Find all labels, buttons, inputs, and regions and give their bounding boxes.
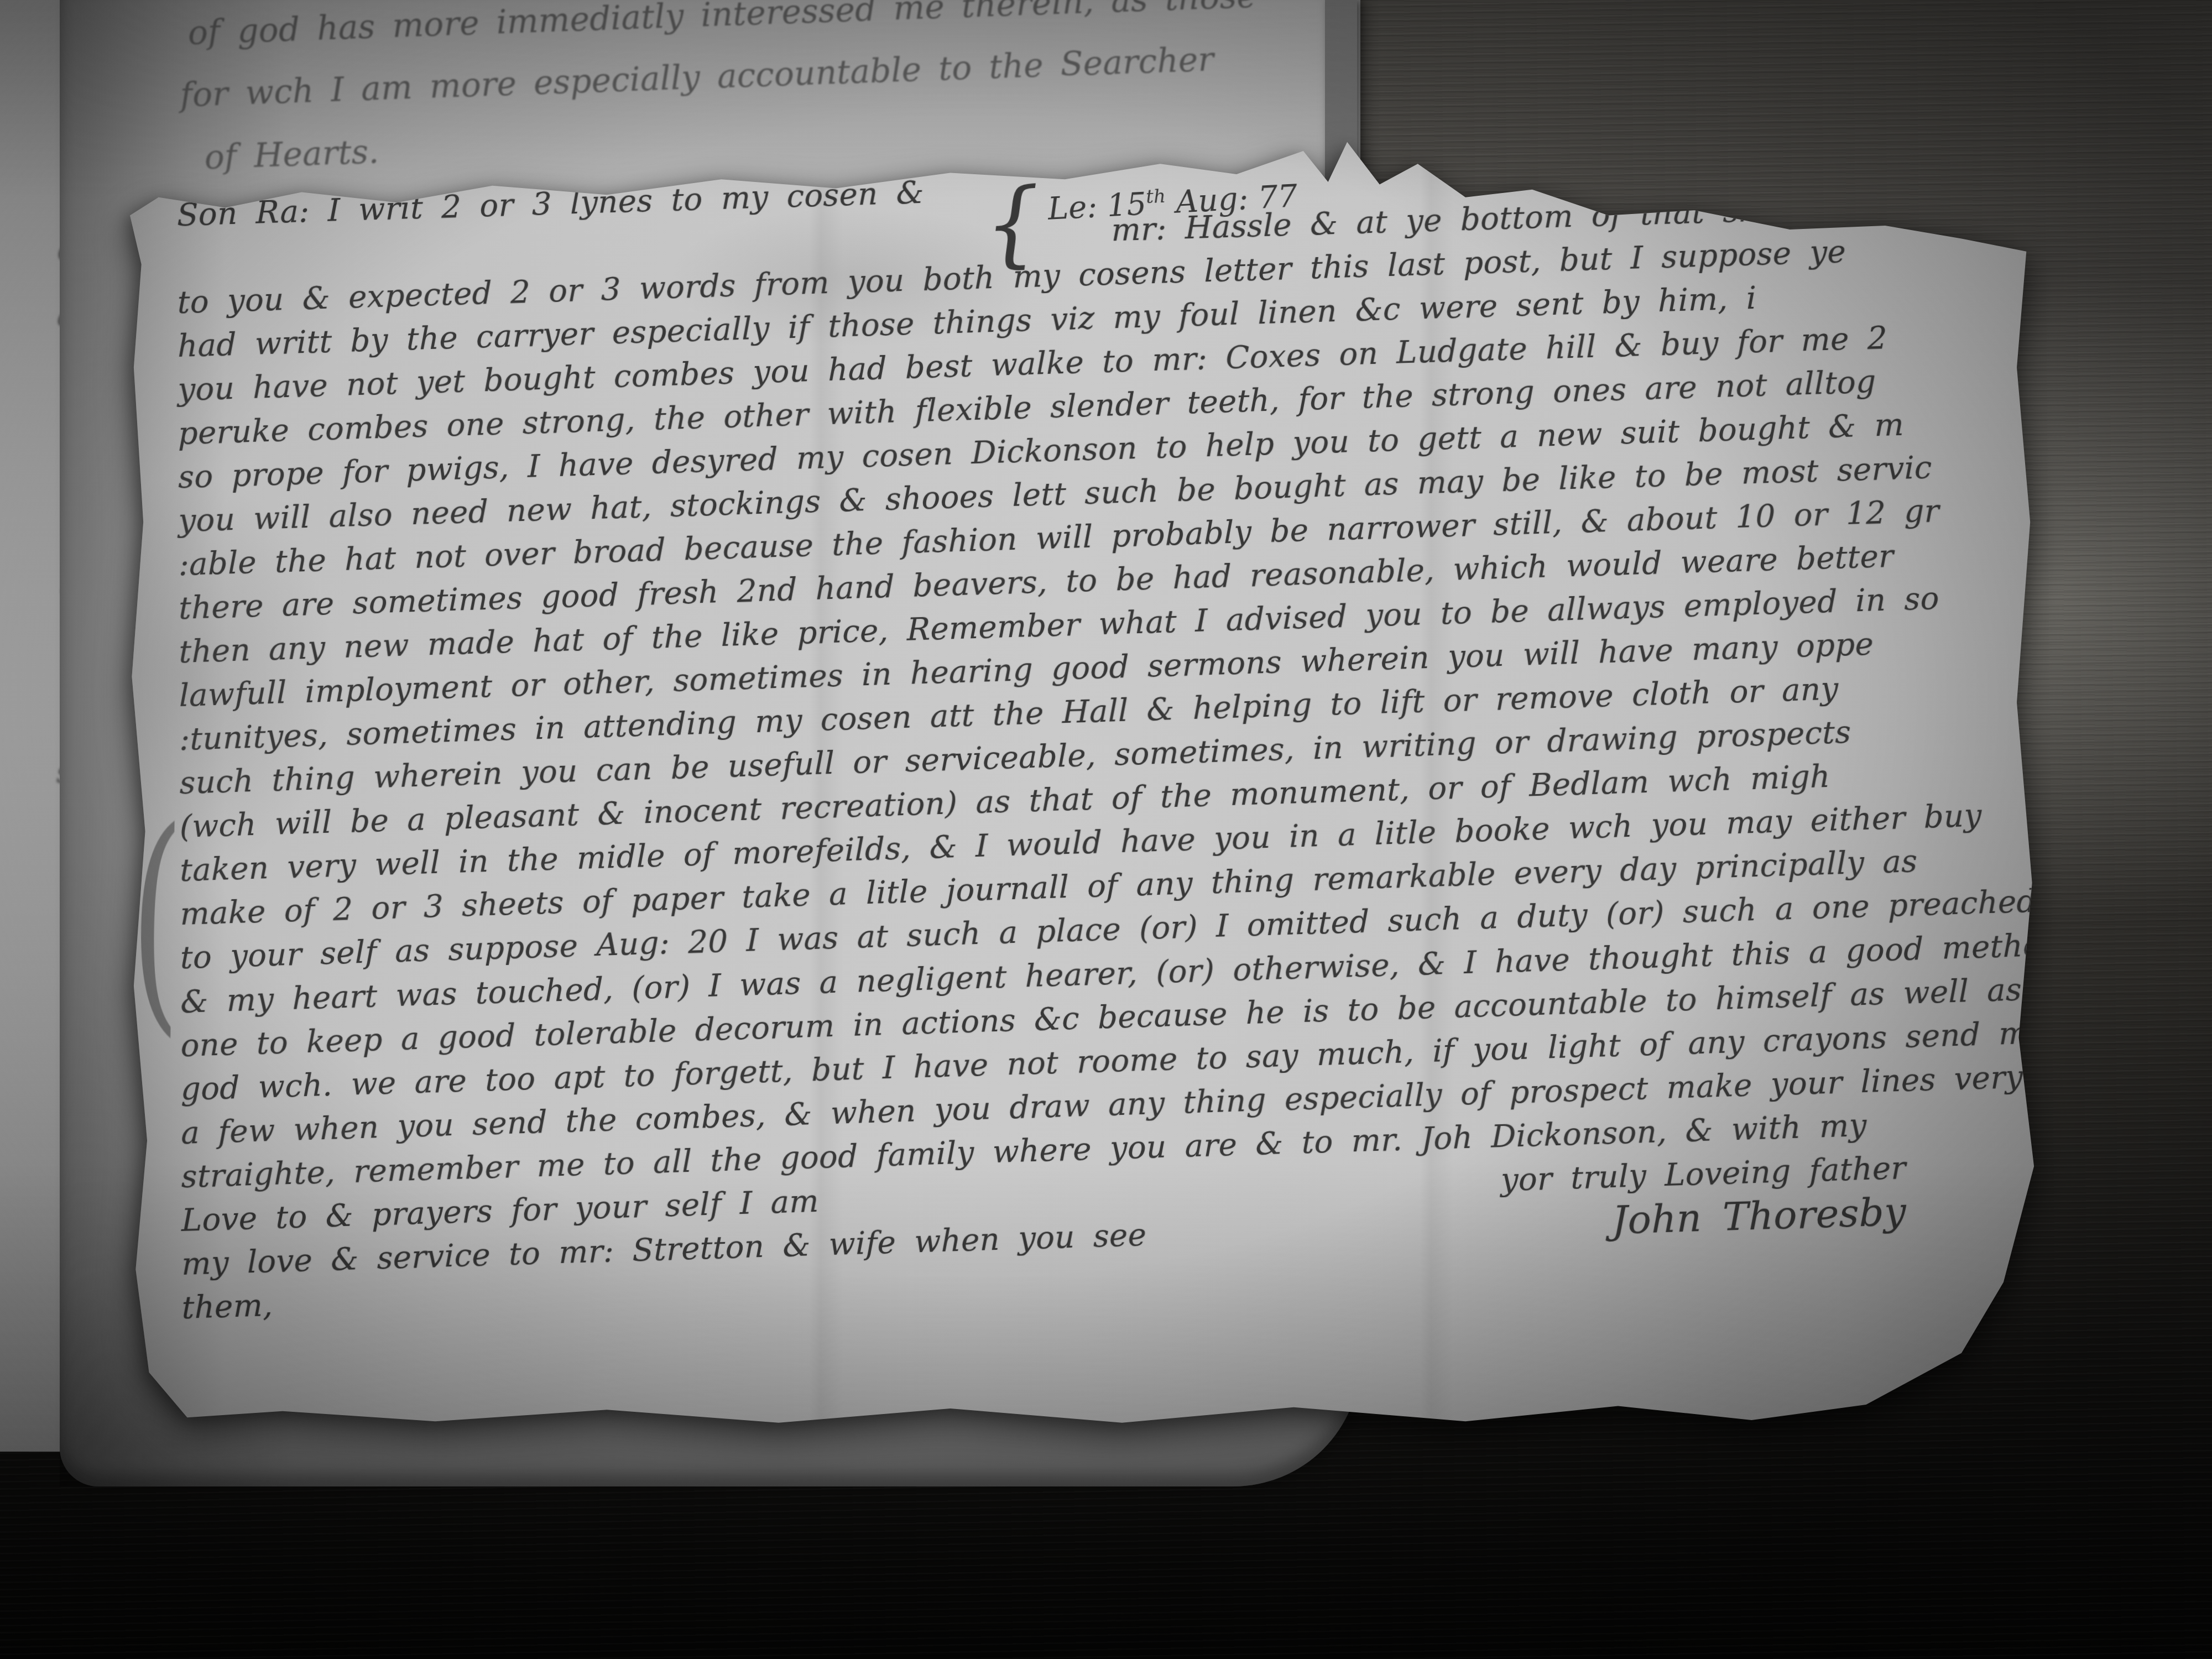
letter-lines: Son Ra: I writ 2 or 3 lynes to my cosen … bbox=[177, 138, 1989, 1330]
margin-flourish: ( bbox=[129, 798, 184, 1039]
letter-paper: {Le: 15th Aug: 77 ( Son Ra: I writ 2 or … bbox=[130, 135, 2038, 1424]
signature: John Thoresby bbox=[1612, 1190, 1906, 1242]
letter-sheet: {Le: 15th Aug: 77 ( Son Ra: I writ 2 or … bbox=[130, 135, 2038, 1424]
photograph-of-manuscript-letter: { "colors": { "wood_dark": "#3c3a36", "w… bbox=[0, 0, 2212, 1659]
